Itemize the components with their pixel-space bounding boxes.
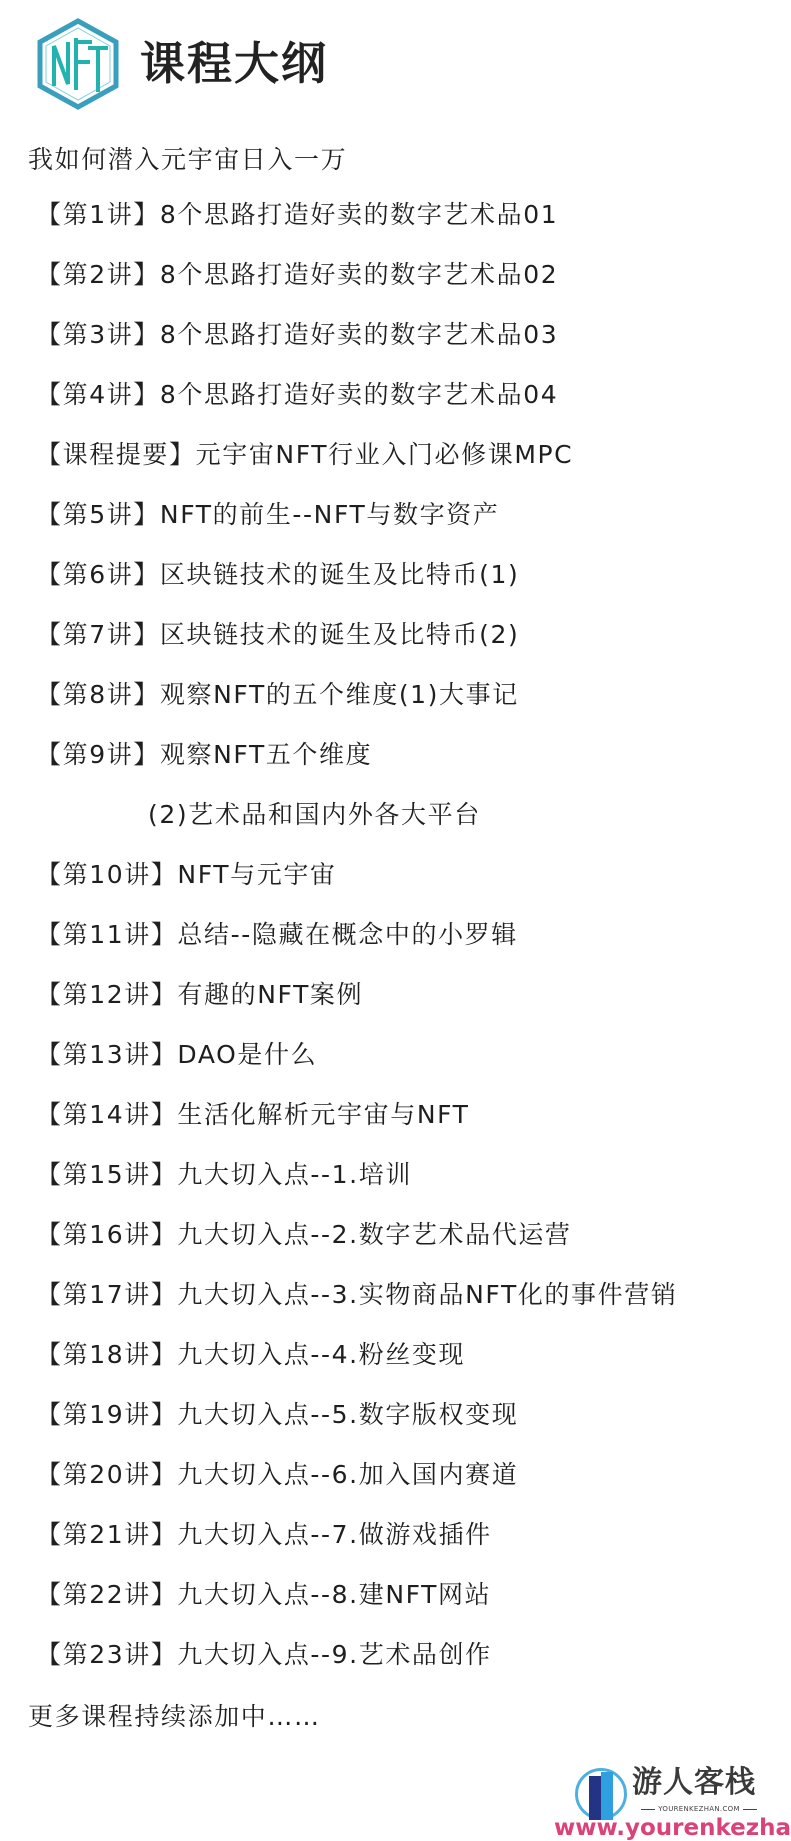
lesson-title: 观察NFT的五个维度(1)大事记 xyxy=(160,680,519,709)
lesson-tag: 【第11讲】 xyxy=(36,918,177,952)
lesson-title: 元宇宙NFT行业入门必修课MPC xyxy=(196,440,574,469)
lesson-item: 【第10讲】NFT与元宇宙 xyxy=(36,858,677,918)
lesson-title: 区块链技术的诞生及比特币(2) xyxy=(160,620,519,649)
lesson-title: NFT的前生--NFT与数字资产 xyxy=(160,500,499,529)
lesson-item-continuation: (2)艺术品和国内外各大平台 xyxy=(36,798,677,858)
lesson-title: 8个思路打造好卖的数字艺术品01 xyxy=(160,200,558,229)
lesson-title: 区块链技术的诞生及比特币(1) xyxy=(160,560,519,589)
lesson-item: 【第13讲】DAO是什么 xyxy=(36,1038,677,1098)
lesson-tag: 【第15讲】 xyxy=(36,1158,177,1192)
lesson-title: 九大切入点--2.数字艺术品代运营 xyxy=(177,1220,571,1249)
lesson-title: 九大切入点--4.粉丝变现 xyxy=(177,1340,465,1369)
lesson-item: 【第2讲】8个思路打造好卖的数字艺术品02 xyxy=(36,258,677,318)
lesson-tag: 【第18讲】 xyxy=(36,1338,177,1372)
lesson-item: 【第6讲】区块链技术的诞生及比特币(1) xyxy=(36,558,677,618)
lesson-title: 九大切入点--8.建NFT网站 xyxy=(177,1580,491,1609)
lesson-title: (2)艺术品和国内外各大平台 xyxy=(148,800,481,829)
lesson-item: 【第5讲】NFT的前生--NFT与数字资产 xyxy=(36,498,677,558)
lesson-title: 观察NFT五个维度 xyxy=(160,740,372,769)
lesson-item: 【第7讲】区块链技术的诞生及比特币(2) xyxy=(36,618,677,678)
lesson-tag: 【第13讲】 xyxy=(36,1038,177,1072)
lesson-tag: 【第22讲】 xyxy=(36,1578,177,1612)
watermark-name: 游人客栈 xyxy=(632,1766,756,1800)
more-courses-note: 更多课程持续添加中…… xyxy=(28,1700,321,1734)
lesson-item: 【第3讲】8个思路打造好卖的数字艺术品03 xyxy=(36,318,677,378)
lesson-item: 【第4讲】8个思路打造好卖的数字艺术品04 xyxy=(36,378,677,438)
lesson-item: 【第18讲】九大切入点--4.粉丝变现 xyxy=(36,1338,677,1398)
watermark-url: www.yourenkezhan.com xyxy=(554,1814,791,1841)
lesson-title: 8个思路打造好卖的数字艺术品02 xyxy=(160,260,558,289)
lesson-tag: 【第1讲】 xyxy=(36,198,160,232)
lesson-tag: 【第8讲】 xyxy=(36,678,160,712)
lesson-tag: 【第16讲】 xyxy=(36,1218,177,1252)
lesson-item: 【第17讲】九大切入点--3.实物商品NFT化的事件营销 xyxy=(36,1278,677,1338)
lesson-item: 【第12讲】有趣的NFT案例 xyxy=(36,978,677,1038)
lesson-tag: 【第20讲】 xyxy=(36,1458,177,1492)
lesson-item: 【第14讲】生活化解析元宇宙与NFT xyxy=(36,1098,677,1158)
watermark-domain-small: YOURENKEZHAN.COM xyxy=(634,1804,764,1814)
lesson-tag: 【第12讲】 xyxy=(36,978,177,1012)
lesson-tag: 【课程提要】 xyxy=(36,438,196,472)
lesson-tag: 【第21讲】 xyxy=(36,1518,177,1552)
lesson-tag: 【第3讲】 xyxy=(36,318,160,352)
lesson-item: 【第20讲】九大切入点--6.加入国内赛道 xyxy=(36,1458,677,1518)
lesson-title: 8个思路打造好卖的数字艺术品04 xyxy=(160,380,558,409)
lesson-title: 九大切入点--5.数字版权变现 xyxy=(177,1400,518,1429)
watermark: 游人客栈 YOURENKEZHAN.COM www.yourenkezhan.c… xyxy=(560,1760,791,1841)
lesson-tag: 【第23讲】 xyxy=(36,1638,177,1672)
lesson-tag: 【第4讲】 xyxy=(36,378,160,412)
lesson-item: 【课程提要】元宇宙NFT行业入门必修课MPC xyxy=(36,438,677,498)
lesson-title: NFT与元宇宙 xyxy=(177,860,336,889)
lesson-title: 有趣的NFT案例 xyxy=(177,980,363,1009)
lesson-item: 【第8讲】观察NFT的五个维度(1)大事记 xyxy=(36,678,677,738)
lesson-tag: 【第2讲】 xyxy=(36,258,160,292)
lesson-tag: 【第7讲】 xyxy=(36,618,160,652)
lesson-title: 九大切入点--6.加入国内赛道 xyxy=(177,1460,518,1489)
lesson-item: 【第9讲】观察NFT五个维度 xyxy=(36,738,677,798)
lesson-tag: 【第10讲】 xyxy=(36,858,177,892)
lesson-title: 生活化解析元宇宙与NFT xyxy=(177,1100,469,1129)
lesson-item: 【第11讲】总结--隐藏在概念中的小罗辑 xyxy=(36,918,677,978)
lesson-tag: 【第5讲】 xyxy=(36,498,160,532)
lesson-tag: 【第6讲】 xyxy=(36,558,160,592)
lesson-item: 【第1讲】8个思路打造好卖的数字艺术品01 xyxy=(36,198,677,258)
watermark-building-light-icon xyxy=(601,1772,613,1820)
lesson-title: 九大切入点--1.培训 xyxy=(177,1160,412,1189)
lesson-tag: 【第14讲】 xyxy=(36,1098,177,1132)
lesson-item: 【第19讲】九大切入点--5.数字版权变现 xyxy=(36,1398,677,1458)
lesson-item: 【第15讲】九大切入点--1.培训 xyxy=(36,1158,677,1218)
lesson-item: 【第23讲】九大切入点--9.艺术品创作 xyxy=(36,1638,677,1698)
lesson-tag: 【第19讲】 xyxy=(36,1398,177,1432)
lesson-title: 九大切入点--7.做游戏插件 xyxy=(177,1520,491,1549)
lesson-tag: 【第17讲】 xyxy=(36,1278,177,1312)
lesson-item: 【第22讲】九大切入点--8.建NFT网站 xyxy=(36,1578,677,1638)
lesson-title: DAO是什么 xyxy=(177,1040,317,1069)
lesson-item: 【第21讲】九大切入点--7.做游戏插件 xyxy=(36,1518,677,1578)
lesson-title: 8个思路打造好卖的数字艺术品03 xyxy=(160,320,558,349)
page-title: 课程大纲 xyxy=(140,34,328,94)
lesson-title: 总结--隐藏在概念中的小罗辑 xyxy=(177,920,517,949)
lesson-list: 【第1讲】8个思路打造好卖的数字艺术品01 【第2讲】8个思路打造好卖的数字艺术… xyxy=(36,198,677,1698)
lesson-item: 【第16讲】九大切入点--2.数字艺术品代运营 xyxy=(36,1218,677,1278)
lesson-title: 九大切入点--3.实物商品NFT化的事件营销 xyxy=(177,1280,677,1309)
course-intro: 我如何潜入元宇宙日入一万 xyxy=(28,143,347,177)
nft-logo-icon xyxy=(36,18,120,110)
lesson-tag: 【第9讲】 xyxy=(36,738,160,772)
lesson-title: 九大切入点--9.艺术品创作 xyxy=(177,1640,491,1669)
